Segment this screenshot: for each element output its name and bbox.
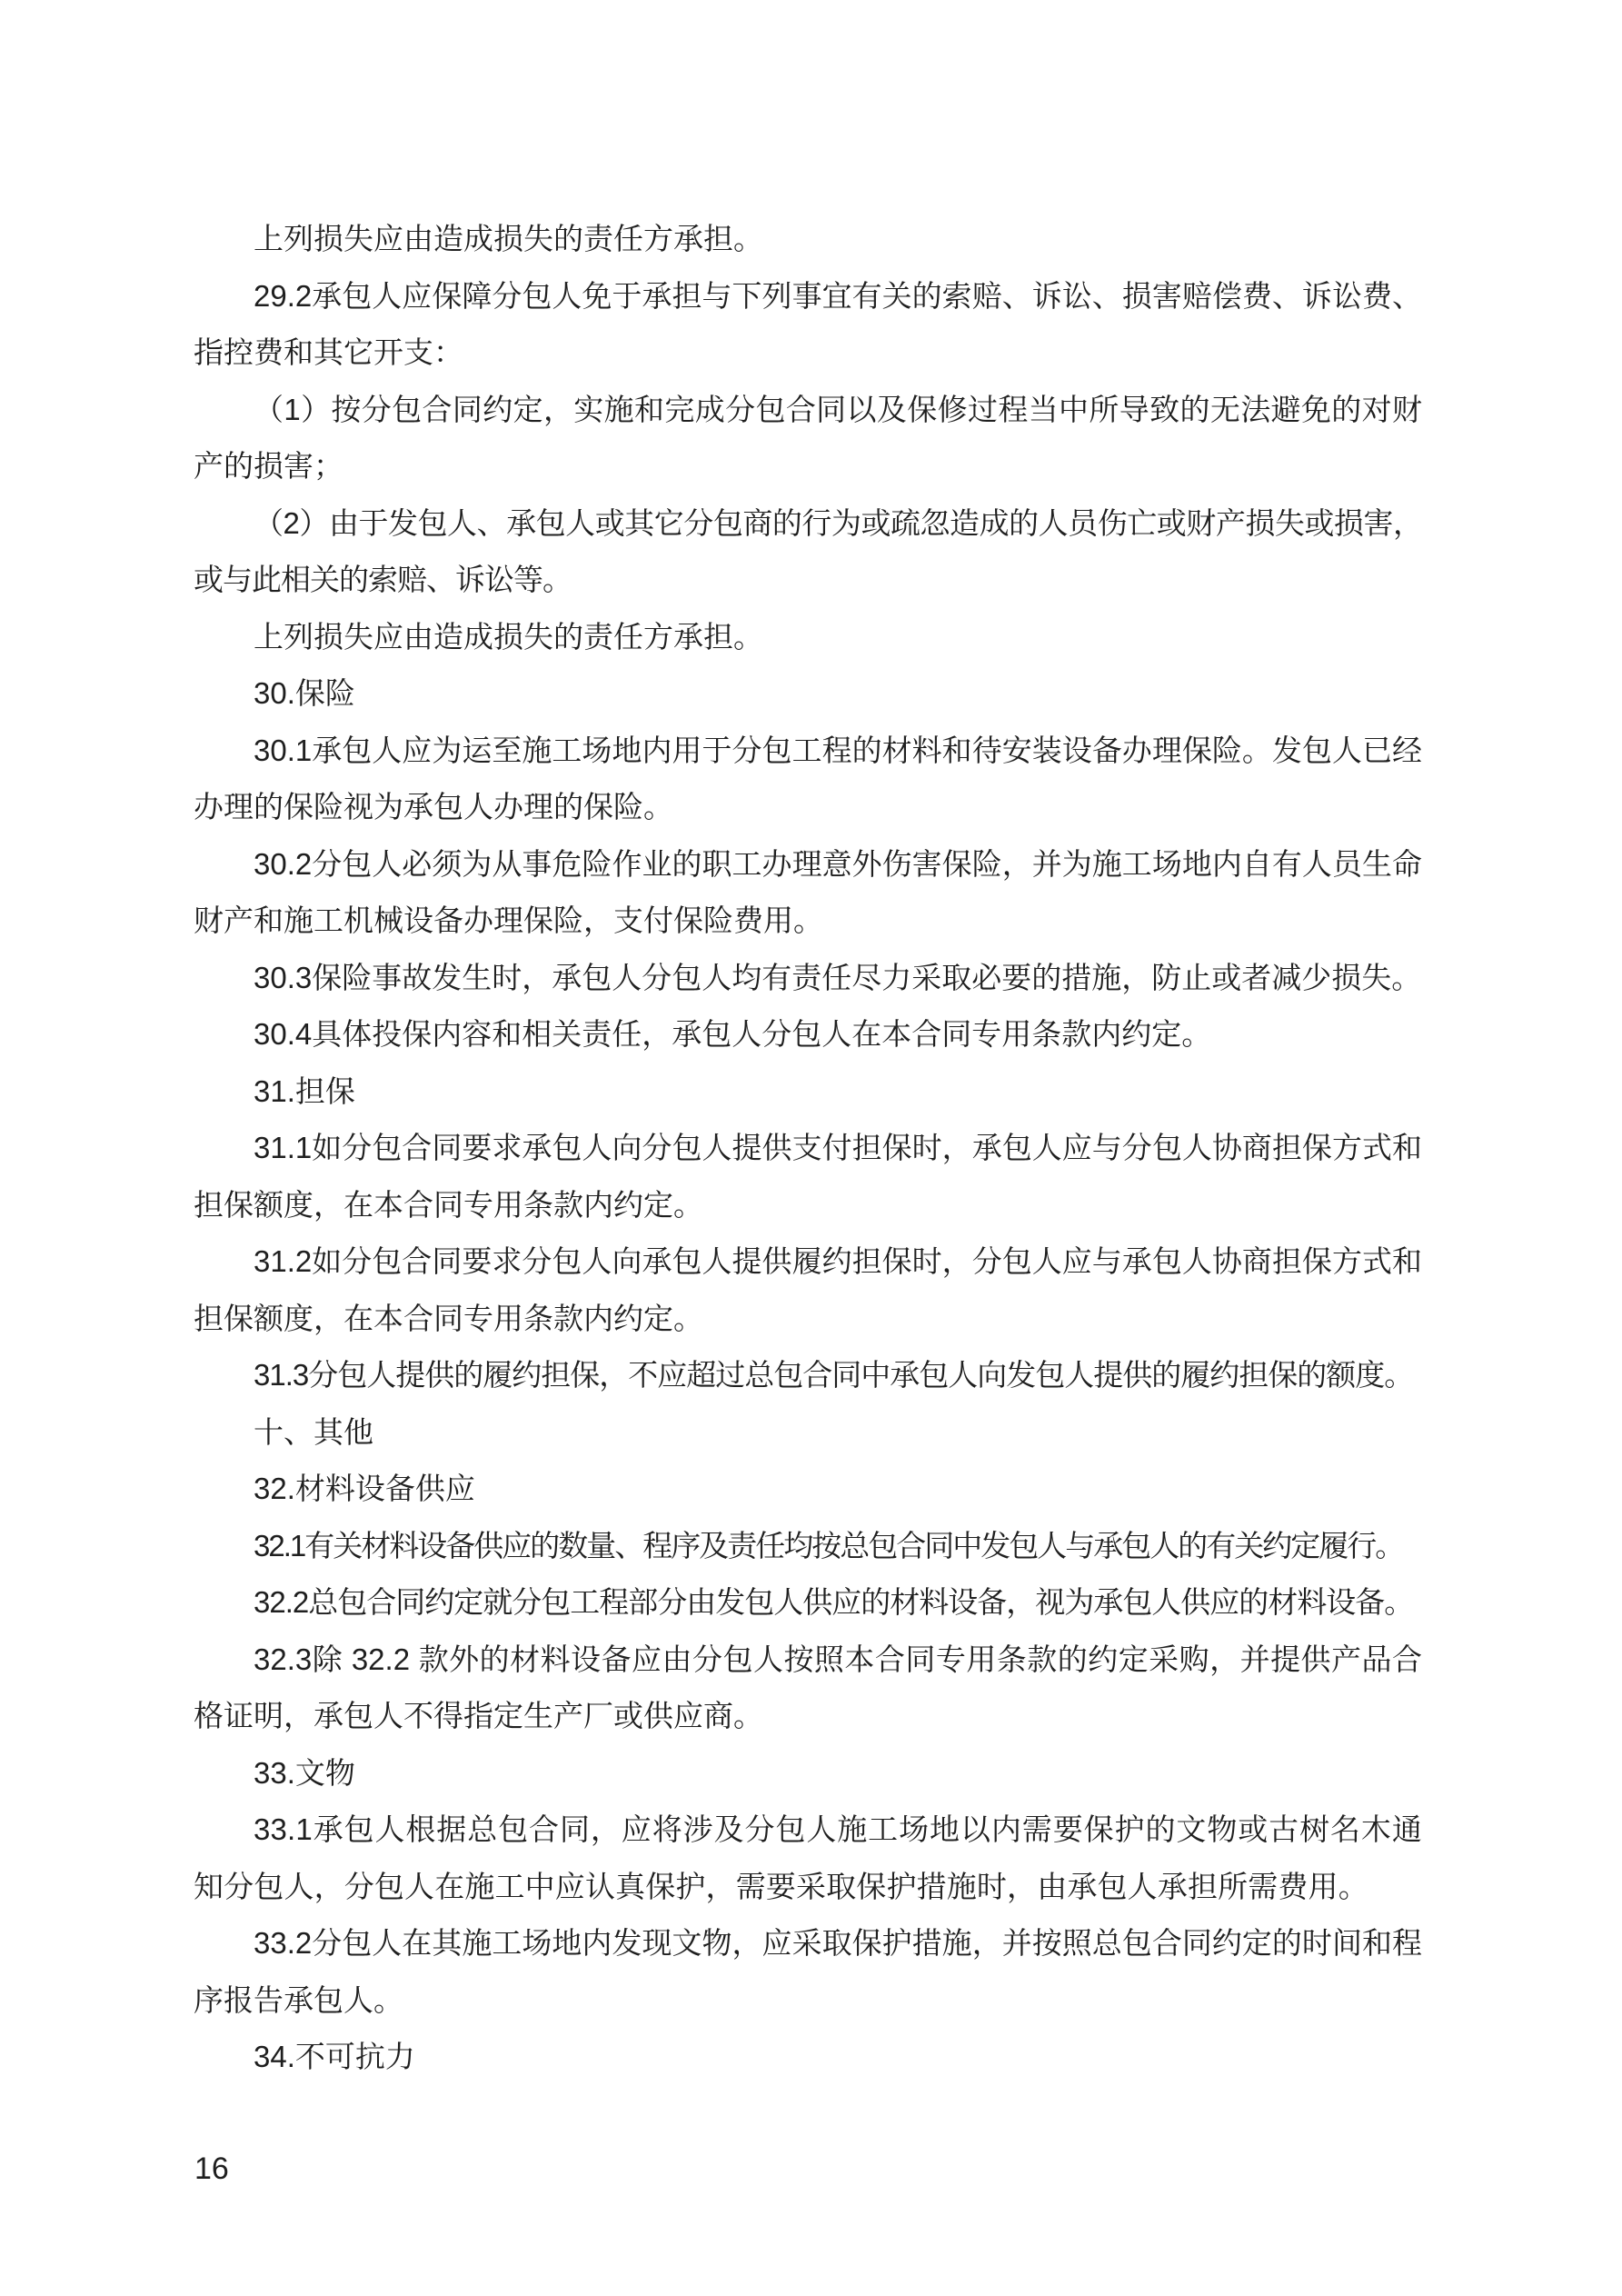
clause-32-1: 32.1有关材料设备供应的数量、程序及责任均按总包合同中发包人与承包人的有关约定…: [194, 1518, 1422, 1575]
heading-34-force-majeure: 34.不可抗力: [194, 2029, 1422, 2086]
page-number: 16: [194, 2151, 229, 2188]
heading-10-others: 十、其他: [194, 1404, 1422, 1462]
heading-31-guarantee: 31.担保: [194, 1063, 1422, 1121]
para-liability-statement-2: 上列损失应由造成损失的责任方承担。: [194, 609, 1422, 666]
clause-30-3: 30.3保险事故发生时，承包人分包人均有责任尽力采取必要的措施，防止或者减少损失…: [194, 950, 1422, 1007]
clause-33-1: 33.1承包人根据总包合同，应将涉及分包人施工场地以内需要保护的文物或古树名木通…: [194, 1802, 1422, 1915]
clause-29-2: 29.2承包人应保障分包人免于承担与下列事宜有关的索赔、诉讼、损害赔偿费、诉讼费…: [194, 268, 1422, 382]
clause-29-2-item-2: （2）由于发包人、承包人或其它分包商的行为或疏忽造成的人员伤亡或财产损失或损害，…: [194, 495, 1422, 609]
document-page: 上列损失应由造成损失的责任方承担。 29.2承包人应保障分包人免于承担与下列事宜…: [0, 0, 1622, 2296]
clause-32-2: 32.2总包合同约定就分包工程部分由发包人供应的材料设备，视为承包人供应的材料设…: [194, 1574, 1422, 1632]
clause-31-3: 31.3分包人提供的履约担保，不应超过总包合同中承包人向发包人提供的履约担保的额…: [194, 1347, 1422, 1404]
document-body: 上列损失应由造成损失的责任方承担。 29.2承包人应保障分包人免于承担与下列事宜…: [194, 211, 1422, 2086]
clause-30-4: 30.4具体投保内容和相关责任，承包人分包人在本合同专用条款内约定。: [194, 1006, 1422, 1063]
clause-32-3: 32.3除 32.2 款外的材料设备应由分包人按照本合同专用条款的约定采购，并提…: [194, 1632, 1422, 1745]
clause-31-1: 31.1如分包合同要求承包人向分包人提供支付担保时，承包人应与分包人协商担保方式…: [194, 1120, 1422, 1233]
clause-29-2-item-1: （1）按分包合同约定，实施和完成分包合同以及保修过程当中所导致的无法避免的对财产…: [194, 382, 1422, 495]
heading-30-insurance: 30.保险: [194, 665, 1422, 723]
heading-32-materials-supply: 32.材料设备供应: [194, 1461, 1422, 1518]
clause-30-1: 30.1承包人应为运至施工场地内用于分包工程的材料和待安装设备办理保险。发包人已…: [194, 723, 1422, 836]
clause-33-2: 33.2分包人在其施工场地内发现文物，应采取保护措施，并按照总包合同约定的时间和…: [194, 1915, 1422, 2029]
heading-33-cultural-relics: 33.文物: [194, 1745, 1422, 1802]
clause-30-2: 30.2分包人必须为从事危险作业的职工办理意外伤害保险，并为施工场地内自有人员生…: [194, 836, 1422, 950]
para-liability-statement-1: 上列损失应由造成损失的责任方承担。: [194, 211, 1422, 268]
clause-31-2: 31.2如分包合同要求分包人向承包人提供履约担保时，分包人应与承包人协商担保方式…: [194, 1233, 1422, 1347]
